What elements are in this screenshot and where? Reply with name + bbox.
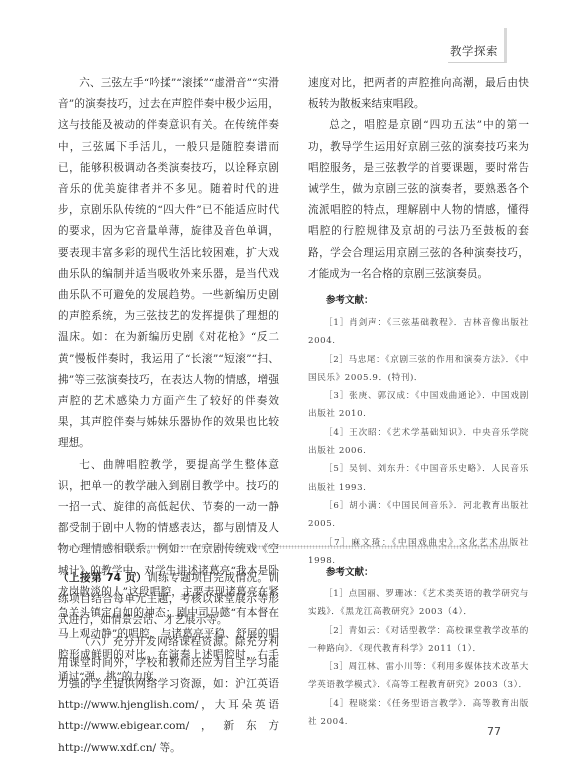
references-section-top: 参考文献： ［1］肖剑声：《三弦基础教程》．吉林音像出版社2004. ［2］马忠… [308,292,529,570]
article-right-column: 速度对比，把两者的声腔推向高潮，最后由快板转为散板来结束唱段。 总之，唱腔是京剧… [308,73,529,285]
continuation-label: （上接第 74 页） [58,572,147,584]
continued-article-left-column: （上接第 74 页）训练专题项目完成情况。训练项目结合每单元主题，考核以课堂展示… [58,568,279,759]
reference-item: ［2］青如云：《对话型教学：高校课堂教学改革的一种路向》．《现代教育科学》201… [308,622,529,659]
references-heading: 参考文献： [308,564,529,582]
references-section-bottom: 参考文献： ［1］点国丽、罗珊冰：《艺术类英语的教学研究与实践》．《黑龙江高教研… [308,564,529,731]
reference-item: ［3］张庚、郭汉成：《中国戏曲通论》．中国戏剧出版社 2010. [308,387,529,424]
reference-item: ［3］周江林、雷小川等：《利用多媒体技术改革大学英语教学模式》．《高等工程教育研… [308,658,529,695]
section-label: 教学探索 [450,43,498,59]
reference-item: ［4］王次昭：《艺术学基础知识》．中央音乐学院出版社 2006. [308,424,529,461]
section-header-tab: 教学探索 [448,28,507,63]
paragraph-network-resources: （六）充分开发网络课程资源。除充分利用课堂时间外，学校和教师还应为自主学习能力强… [58,632,279,759]
reference-item: ［1］点国丽、罗珊冰：《艺术类英语的教学研究与实践》．《黑龙江高教研究》2003… [308,585,529,622]
reference-item: ［1］肖剑声：《三弦基础教程》．吉林音像出版社2004. [308,314,529,351]
references-heading: 参考文献： [308,292,529,310]
paragraph-conclusion: 总之，唱腔是京剧“四功五法”中的第一功，教导学生运用好京剧三弦的演奏技巧来为唱腔… [308,115,529,285]
paragraph-six: 六、三弦左手“吟揉”“滚揉”“虚滑音”“实滑音”的演奏技巧，过去在声腔伴奏中极少… [58,73,279,455]
reference-item: ［2］马忠尾：《京剧三弦的作用和演奏方法》．《中国民乐》2005.9．(特刊)． [308,351,529,388]
section-divider [57,545,511,549]
paragraph-continued: 速度对比，把两者的声腔推向高潮，最后由快板转为散板来结束唱段。 [308,73,529,115]
page-number: 77 [487,725,501,738]
reference-item: ［6］胡小满：《中国民间音乐》．河北教育出版社2005. [308,497,529,534]
paragraph-continued-from-74: （上接第 74 页）训练专题项目完成情况。训练项目结合每单元主题，考核以课堂展示… [58,568,279,632]
reference-item: ［5］吴钊、刘东升：《中国音乐史略》．人民音乐出版社 1993. [308,460,529,497]
